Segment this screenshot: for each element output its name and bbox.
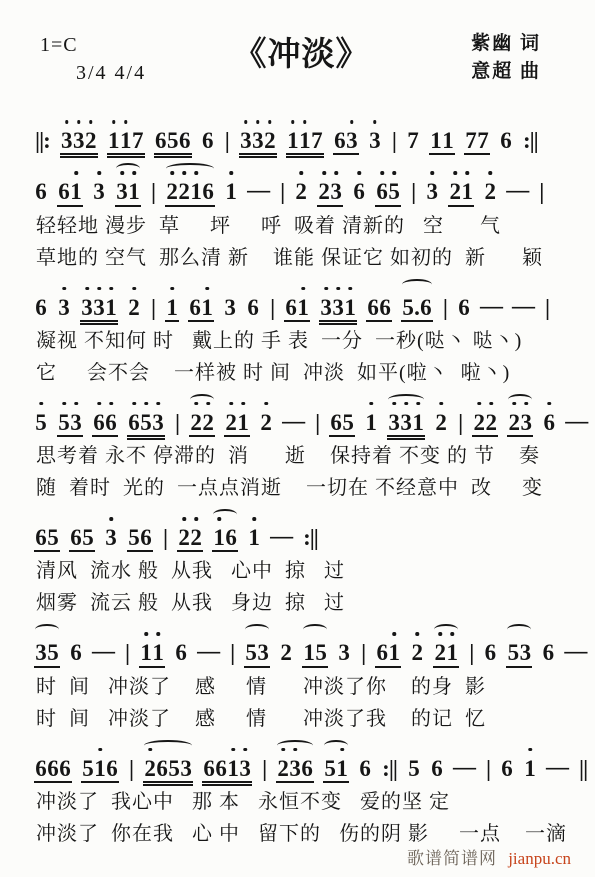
note-digit: 5 bbox=[388, 179, 400, 204]
note-digit: 3 bbox=[93, 295, 105, 320]
note-group: 3 bbox=[223, 295, 237, 320]
barline: | bbox=[468, 640, 474, 665]
barline: | bbox=[174, 410, 180, 435]
note-group: 61 bbox=[375, 640, 401, 667]
score-body: ||:3321176566|332117633|711776:||661331|… bbox=[34, 128, 569, 847]
note-digit: 1 bbox=[152, 640, 164, 665]
note-group: 2 bbox=[279, 640, 293, 665]
note-digit: 6 bbox=[59, 756, 71, 781]
note-digit: 6 bbox=[334, 128, 346, 153]
note-group: 6 bbox=[500, 756, 514, 781]
barline: | bbox=[314, 410, 320, 435]
note-group: 1 bbox=[224, 179, 238, 204]
watermark-domain-link[interactable]: jianpu.cn bbox=[508, 849, 571, 868]
note-digit: 2 bbox=[435, 410, 447, 435]
note-digit: 2 bbox=[277, 756, 289, 781]
note-digit: 2 bbox=[128, 295, 140, 320]
note-digit: 1 bbox=[248, 525, 260, 550]
note-digit: 1 bbox=[190, 179, 202, 204]
note-group: 117 bbox=[107, 128, 145, 155]
note-digit: 6 bbox=[35, 179, 47, 204]
note-digit: 6 bbox=[93, 410, 105, 435]
note-digit: 1 bbox=[297, 295, 309, 320]
note-digit: 5 bbox=[324, 756, 336, 781]
note-digit: 6 bbox=[330, 410, 342, 435]
note-digit: 6 bbox=[58, 179, 70, 204]
dash-extension: — bbox=[565, 408, 588, 433]
note-group: 6 bbox=[246, 295, 260, 320]
note-digit: 6 bbox=[156, 756, 168, 781]
note-digit: 5 bbox=[168, 756, 180, 781]
note-group: 77 bbox=[464, 128, 490, 155]
note-group: 236 bbox=[276, 756, 314, 783]
note-group: 22 bbox=[189, 410, 215, 437]
note-group: 21 bbox=[433, 640, 459, 667]
barline: | bbox=[457, 410, 463, 435]
note-digit: 5 bbox=[408, 756, 420, 781]
note-digit: 6 bbox=[189, 295, 201, 320]
note-group: 6 bbox=[483, 640, 497, 665]
music-line-2: 661331|22161—|223665|3212—| bbox=[34, 179, 569, 206]
note-digit: 6 bbox=[225, 525, 237, 550]
note-digit: 1 bbox=[461, 179, 473, 204]
note-group: 3 bbox=[337, 640, 351, 665]
barline: | bbox=[229, 640, 235, 665]
note-digit: 6 bbox=[140, 525, 152, 550]
barline: | bbox=[150, 179, 156, 204]
note-digit: 2 bbox=[484, 179, 496, 204]
lyric-row: 它 会不会 一样被 时 间 冲淡 如平(啦丶 啦丶) bbox=[36, 361, 569, 386]
note-group: 15 bbox=[302, 640, 328, 667]
note-digit: 6 bbox=[70, 640, 82, 665]
credits-block: 紫幽 词 意超 曲 bbox=[471, 30, 541, 85]
music-line-3: 633312|16136|61331665.6|6——| bbox=[34, 295, 569, 322]
barline: | bbox=[162, 525, 168, 550]
note-digit: 2 bbox=[85, 128, 97, 153]
note-digit: 6 bbox=[500, 128, 512, 153]
note-digit: 3 bbox=[257, 640, 269, 665]
note-digit: 6 bbox=[420, 295, 432, 320]
note-digit: 1 bbox=[237, 410, 249, 435]
music-line-4: 55366653|22212—|6513312|22236—| bbox=[34, 410, 569, 437]
note-digit: 5 bbox=[245, 640, 257, 665]
note-digit: 1 bbox=[446, 640, 458, 665]
note-digit: 5 bbox=[82, 525, 94, 550]
note-digit: 5 bbox=[507, 640, 519, 665]
barline: ||: bbox=[34, 128, 51, 153]
note-group: 1 bbox=[523, 756, 537, 781]
note-group: 516 bbox=[81, 756, 119, 783]
note-group: 61 bbox=[188, 295, 214, 322]
note-group: 6 bbox=[541, 640, 555, 665]
lyric-row: 清风 流水 般 从我 心中 掠 过 bbox=[36, 559, 569, 584]
note-group: 331 bbox=[319, 295, 357, 322]
music-line-7: 666516|26536613|236516:||56—|61—|| bbox=[34, 756, 569, 783]
note-digit: 1 bbox=[201, 295, 213, 320]
note-group: 2 bbox=[127, 295, 141, 320]
note-group: 1 bbox=[165, 295, 179, 322]
note-group: 2 bbox=[434, 410, 448, 435]
note-group: 656 bbox=[154, 128, 192, 155]
note-digit: 3 bbox=[73, 128, 85, 153]
note-group: 66 bbox=[92, 410, 118, 437]
note-digit: 1 bbox=[344, 295, 356, 320]
note-digit: 1 bbox=[524, 756, 536, 781]
note-group: 1 bbox=[247, 525, 261, 550]
note-group: 6 bbox=[358, 756, 372, 781]
note-digit: 5 bbox=[128, 525, 140, 550]
note-digit: 5 bbox=[47, 525, 59, 550]
note-digit: 3 bbox=[61, 128, 73, 153]
note-group: 6 bbox=[542, 410, 556, 435]
note-digit: 6 bbox=[431, 756, 443, 781]
music-line-5: 6565356|22161—:|| bbox=[34, 525, 569, 552]
note-group: 6 bbox=[174, 640, 188, 665]
note-digit: 3 bbox=[58, 295, 70, 320]
note-digit: 1 bbox=[365, 410, 377, 435]
note-digit: 1 bbox=[225, 179, 237, 204]
note-digit: 6 bbox=[542, 640, 554, 665]
note-digit: 3 bbox=[426, 179, 438, 204]
note-group: 65 bbox=[34, 525, 60, 552]
note-digit: 2 bbox=[508, 410, 520, 435]
note-digit: 3 bbox=[252, 128, 264, 153]
barline: | bbox=[269, 295, 275, 320]
note-digit: 2 bbox=[178, 525, 190, 550]
note-group: 5.6 bbox=[401, 295, 433, 322]
note-digit: 2 bbox=[473, 410, 485, 435]
barline: | bbox=[150, 295, 156, 320]
barline: | bbox=[279, 179, 285, 204]
note-digit: 1 bbox=[227, 756, 239, 781]
note-group: 6 bbox=[201, 128, 215, 153]
note-digit: 3 bbox=[105, 525, 117, 550]
time-signatures: 3/4 4/4 bbox=[76, 62, 146, 85]
note-digit: 1 bbox=[70, 179, 82, 204]
note-group: 22 bbox=[472, 410, 498, 437]
note-group: 51 bbox=[323, 756, 349, 783]
note-digit: 1 bbox=[213, 525, 225, 550]
note-group: 3 bbox=[425, 179, 439, 204]
note-group: 2 bbox=[410, 640, 424, 665]
note-digit: 3 bbox=[520, 410, 532, 435]
note-digit: 6 bbox=[501, 756, 513, 781]
note-digit: 6 bbox=[203, 756, 215, 781]
key-signature: 1=C bbox=[40, 34, 78, 57]
note-digit: 2 bbox=[260, 410, 272, 435]
note-digit: 7 bbox=[132, 128, 144, 153]
note-digit: 1 bbox=[442, 128, 454, 153]
lyricist-credit: 紫幽 词 bbox=[471, 30, 541, 58]
note-group: 7 bbox=[406, 128, 420, 153]
note-digit: 6 bbox=[379, 295, 391, 320]
note-digit: 6 bbox=[301, 756, 313, 781]
note-digit: 5 bbox=[167, 128, 179, 153]
note-group: 332 bbox=[239, 128, 277, 155]
note-digit: 6 bbox=[155, 128, 167, 153]
note-group: 6 bbox=[430, 756, 444, 781]
note-group: 53 bbox=[506, 640, 532, 667]
note-group: 5 bbox=[407, 756, 421, 781]
barline: | bbox=[261, 756, 267, 781]
note-digit: 6 bbox=[47, 756, 59, 781]
note-group: 11 bbox=[139, 640, 165, 667]
note-digit: 2 bbox=[318, 179, 330, 204]
barline: | bbox=[410, 179, 416, 204]
note-digit: 6 bbox=[247, 295, 259, 320]
music-line-6: 356—|116—|532153|61221|6536—| bbox=[34, 640, 569, 667]
barline: || bbox=[578, 756, 588, 781]
note-digit: 2 bbox=[295, 179, 307, 204]
dash-extension: — bbox=[270, 523, 293, 548]
note-digit: 3 bbox=[400, 410, 412, 435]
note-group: 332 bbox=[60, 128, 98, 155]
score-header: 1=C 3/4 4/4 《冲淡》 紫幽 词 意超 曲 bbox=[34, 26, 569, 104]
note-digit: 1 bbox=[105, 295, 117, 320]
note-digit: 5 bbox=[342, 410, 354, 435]
barline: :|| bbox=[381, 756, 398, 781]
note-digit: 6 bbox=[353, 179, 365, 204]
note-digit: 1 bbox=[299, 128, 311, 153]
note-digit: 6 bbox=[35, 525, 47, 550]
note-digit: 1 bbox=[303, 640, 315, 665]
note-digit: 2 bbox=[280, 640, 292, 665]
note-digit: 2 bbox=[449, 179, 461, 204]
note-group: 23 bbox=[317, 179, 343, 206]
note-digit: 3 bbox=[81, 295, 93, 320]
dash-extension: — bbox=[480, 293, 503, 318]
note-digit: 6 bbox=[35, 295, 47, 320]
note-digit: 3 bbox=[152, 410, 164, 435]
dash-extension: — bbox=[506, 177, 529, 202]
note-digit: 2 bbox=[190, 525, 202, 550]
note-digit: 1 bbox=[166, 295, 178, 320]
note-group: 22 bbox=[177, 525, 203, 552]
lyric-row: 草地的 空气 那么清 新 谁能 保证它 如初的 新 颖 bbox=[36, 246, 569, 271]
note-group: 3 bbox=[57, 295, 71, 320]
note-digit: 3 bbox=[240, 128, 252, 153]
song-title: 《冲淡》 bbox=[234, 28, 370, 75]
composer-credit: 意超 曲 bbox=[471, 58, 541, 86]
note-digit: 2 bbox=[144, 756, 156, 781]
note-digit: 2 bbox=[434, 640, 446, 665]
note-digit: 2 bbox=[485, 410, 497, 435]
note-digit: 3 bbox=[320, 295, 332, 320]
lyric-row: 时 间 冲淡了 感 情 冲淡了我 的记 忆 bbox=[36, 707, 569, 732]
note-digit: 3 bbox=[239, 756, 251, 781]
note-group: 61 bbox=[284, 295, 310, 322]
dash-extension: — bbox=[282, 408, 305, 433]
note-digit: 1 bbox=[336, 756, 348, 781]
note-digit: 1 bbox=[287, 128, 299, 153]
note-digit: 3 bbox=[369, 128, 381, 153]
note-digit: 6 bbox=[70, 525, 82, 550]
note-digit: 1 bbox=[94, 756, 106, 781]
barline: :|| bbox=[522, 128, 539, 153]
note-group: 2 bbox=[294, 179, 308, 204]
barline: | bbox=[391, 128, 397, 153]
note-group: 23 bbox=[507, 410, 533, 437]
barline: | bbox=[442, 295, 448, 320]
note-group: 3 bbox=[104, 525, 118, 550]
note-group: 117 bbox=[286, 128, 324, 155]
note-group: 6 bbox=[499, 128, 513, 153]
lyric-row: 思考着 永不 停滞的 消 逝 保持着 不变 的 节 奏 bbox=[36, 444, 569, 469]
note-group: 53 bbox=[57, 410, 83, 437]
lyric-row: 时 间 冲淡了 感 情 冲淡了你 的身 影 bbox=[36, 675, 569, 700]
note-digit: 3 bbox=[35, 640, 47, 665]
note-digit: 5 bbox=[82, 756, 94, 781]
note-group: 331 bbox=[80, 295, 118, 322]
watermark-site-name: 歌谱简谱网 bbox=[407, 849, 497, 868]
note-group: 21 bbox=[224, 410, 250, 437]
lyric-row: 烟雾 流云 般 从我 身边 掠 过 bbox=[36, 591, 569, 616]
note-digit: 6 bbox=[202, 128, 214, 153]
note-digit: 2 bbox=[264, 128, 276, 153]
note-group: 66 bbox=[366, 295, 392, 322]
note-digit: 5 bbox=[58, 410, 70, 435]
music-line-1: ||:3321176566|332117633|711776:|| bbox=[34, 128, 569, 155]
lyric-row: 冲淡了 我心中 那 本 永恒不变 爱的坚 定 bbox=[36, 790, 569, 815]
note-digit: 3 bbox=[116, 179, 128, 204]
dash-extension: — bbox=[197, 638, 220, 663]
lyric-row: 凝视 不知何 时 戴上的 手 表 一分 一秒(哒丶 哒丶) bbox=[36, 329, 569, 354]
note-digit: 5 bbox=[140, 410, 152, 435]
note-group: 5 bbox=[34, 410, 48, 435]
note-digit: 2 bbox=[202, 410, 214, 435]
note-group: 56 bbox=[127, 525, 153, 552]
barline: | bbox=[224, 128, 230, 153]
note-digit: 2 bbox=[411, 640, 423, 665]
note-group: 16 bbox=[212, 525, 238, 552]
note-group: 2216 bbox=[165, 179, 215, 206]
barline: | bbox=[485, 756, 491, 781]
note-digit: 6 bbox=[179, 128, 191, 153]
note-digit: 6 bbox=[35, 756, 47, 781]
note-group: 1 bbox=[364, 410, 378, 435]
note-group: 65 bbox=[375, 179, 401, 206]
note-digit: 5 bbox=[47, 640, 59, 665]
note-digit: 6 bbox=[175, 640, 187, 665]
note-digit: 6 bbox=[458, 295, 470, 320]
barline: | bbox=[360, 640, 366, 665]
barline: | bbox=[538, 179, 544, 204]
note-digit: 6 bbox=[215, 756, 227, 781]
note-digit: 6 bbox=[359, 756, 371, 781]
barline: | bbox=[124, 640, 130, 665]
note-digit: 3 bbox=[338, 640, 350, 665]
note-group: 31 bbox=[115, 179, 141, 206]
note-group: 11 bbox=[429, 128, 455, 155]
note-digit: 2 bbox=[166, 179, 178, 204]
dash-extension: — bbox=[546, 754, 569, 779]
note-group: 666 bbox=[34, 756, 72, 783]
note-digit: 2 bbox=[225, 410, 237, 435]
note-digit: 1 bbox=[140, 640, 152, 665]
note-digit: 7 bbox=[311, 128, 323, 153]
note-digit: 1 bbox=[412, 410, 424, 435]
barline: | bbox=[544, 295, 550, 320]
note-digit: 2 bbox=[190, 410, 202, 435]
note-digit: 6 bbox=[106, 756, 118, 781]
note-group: 61 bbox=[57, 179, 83, 206]
note-digit: 6 bbox=[543, 410, 555, 435]
note-digit: 6 bbox=[285, 295, 297, 320]
note-digit: 6 bbox=[376, 179, 388, 204]
barline: | bbox=[128, 756, 134, 781]
note-group: 653 bbox=[127, 410, 165, 437]
note-group: 65 bbox=[329, 410, 355, 437]
sheet-music-page: 1=C 3/4 4/4 《冲淡》 紫幽 词 意超 曲 ||:3321176566… bbox=[0, 0, 595, 877]
note-group: 35 bbox=[34, 640, 60, 667]
note-group: 2 bbox=[259, 410, 273, 435]
note-group: 65 bbox=[69, 525, 95, 552]
note-digit: 3 bbox=[180, 756, 192, 781]
note-digit: 7 bbox=[477, 128, 489, 153]
lyric-row: 随 着时 光的 一点点消逝 一切在 不经意中 改 变 bbox=[36, 476, 569, 501]
note-group: 2653 bbox=[143, 756, 193, 783]
dash-extension: — bbox=[453, 754, 476, 779]
note-digit: 3 bbox=[93, 179, 105, 204]
lyric-row: 轻轻地 漫步 草 坪 呼 吸着 清新的 空 气 bbox=[36, 214, 569, 239]
note-digit: 6 bbox=[128, 410, 140, 435]
note-digit: 3 bbox=[70, 410, 82, 435]
note-digit: 1 bbox=[108, 128, 120, 153]
note-group: 21 bbox=[448, 179, 474, 206]
note-digit: 3 bbox=[289, 756, 301, 781]
note-digit: 6 bbox=[376, 640, 388, 665]
note-group: 2 bbox=[483, 179, 497, 204]
note-digit: 7 bbox=[465, 128, 477, 153]
barline: :|| bbox=[302, 525, 319, 550]
dash-extension: — bbox=[247, 177, 270, 202]
note-digit: 2 bbox=[178, 179, 190, 204]
dash-extension: — bbox=[512, 293, 535, 318]
note-group: 6 bbox=[34, 295, 48, 320]
note-digit: 1 bbox=[120, 128, 132, 153]
note-digit: 1 bbox=[128, 179, 140, 204]
note-group: 53 bbox=[244, 640, 270, 667]
note-digit: 3 bbox=[330, 179, 342, 204]
note-group: 6613 bbox=[202, 756, 252, 783]
note-digit: 3 bbox=[332, 295, 344, 320]
dash-extension: — bbox=[92, 638, 115, 663]
note-group: 6 bbox=[34, 179, 48, 204]
note-digit: 3 bbox=[346, 128, 358, 153]
note-digit: 5 bbox=[402, 295, 414, 320]
note-digit: 3 bbox=[224, 295, 236, 320]
note-group: 3 bbox=[368, 128, 382, 153]
note-digit: 3 bbox=[519, 640, 531, 665]
note-group: 331 bbox=[387, 410, 425, 437]
watermark: 歌谱简谱网 jianpu.cn bbox=[407, 844, 571, 869]
note-digit: 1 bbox=[430, 128, 442, 153]
note-digit: 6 bbox=[367, 295, 379, 320]
dash-extension: — bbox=[564, 638, 587, 663]
note-group: 3 bbox=[92, 179, 106, 204]
note-digit: 6 bbox=[202, 179, 214, 204]
note-digit: 6 bbox=[105, 410, 117, 435]
note-digit: 5 bbox=[315, 640, 327, 665]
note-group: 6 bbox=[69, 640, 83, 665]
note-digit: 3 bbox=[388, 410, 400, 435]
note-group: 6 bbox=[457, 295, 471, 320]
note-group: 63 bbox=[333, 128, 359, 155]
note-group: 6 bbox=[352, 179, 366, 204]
note-digit: 1 bbox=[388, 640, 400, 665]
note-digit: 7 bbox=[407, 128, 419, 153]
note-digit: 6 bbox=[484, 640, 496, 665]
